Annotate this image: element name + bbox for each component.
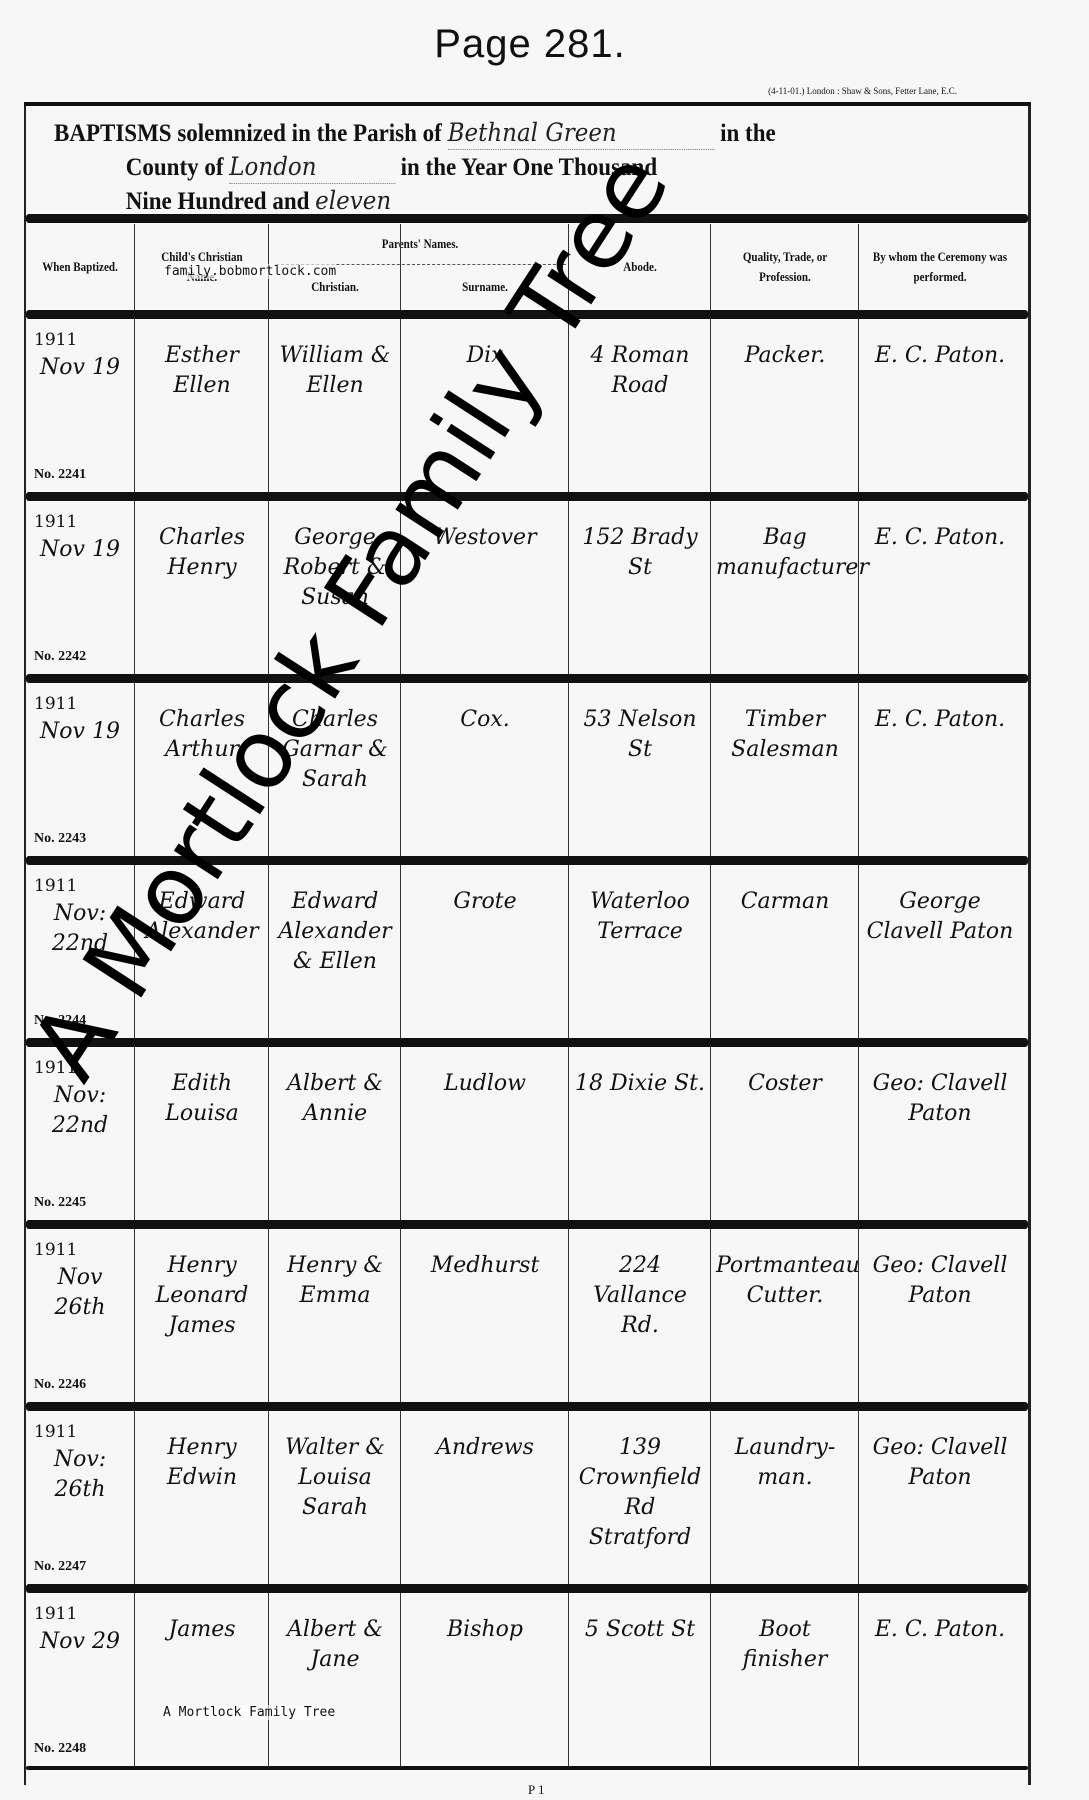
entry-surname: Ludlow: [406, 1069, 564, 1099]
entry-child: James: [140, 1615, 264, 1645]
col-surname: Surname.: [414, 264, 555, 310]
entry-number: No. 2244: [34, 1013, 86, 1029]
entry-abode: 4 Roman Road: [574, 341, 706, 401]
entry-child: Edith Louisa: [140, 1069, 264, 1129]
printer-note: (4-11-01.) London : Shaw & Sons, Fetter …: [768, 86, 957, 96]
entry-quality: Packer.: [716, 341, 854, 371]
entry-surname: Dix: [406, 341, 564, 371]
register-entry: 1911Nov 19Charles ArthurCharles Garnar &…: [26, 683, 1028, 856]
col-when: When Baptized.: [34, 224, 126, 310]
row-divider: [26, 1584, 1028, 1593]
row-divider: [26, 856, 1028, 865]
entry-date: Nov: 22nd: [30, 899, 130, 959]
row-divider: [26, 1220, 1028, 1229]
register-entry: 1911Nov: 26thHenry EdwinWalter & Louisa …: [26, 1411, 1028, 1584]
entry-quality: Coster: [716, 1069, 854, 1099]
entry-number: No. 2248: [34, 1741, 86, 1757]
entry-date: Nov: 22nd: [30, 1081, 130, 1141]
entry-by: E. C. Paton.: [864, 523, 1016, 553]
baptism-register: BAPTISMS solemnized in the Parish of Bet…: [24, 102, 1031, 1785]
entry-parents: Albert & Annie: [274, 1069, 396, 1129]
caption-watermark: A Mortlock Family Tree: [163, 1705, 335, 1720]
entry-surname: Cox.: [406, 705, 564, 735]
entry-abode: Waterloo Terrace: [574, 887, 706, 947]
entry-surname: Westover: [406, 523, 564, 553]
register-entry: 1911Nov: 22ndEdith LouisaAlbert & AnnieL…: [26, 1047, 1028, 1220]
entry-by: Geo: Clavell Paton: [864, 1251, 1016, 1311]
entry-number: No. 2245: [34, 1195, 86, 1211]
page-title: Page 281.: [0, 22, 1060, 67]
entry-date: Nov 29: [30, 1627, 130, 1657]
row-divider: [26, 310, 1028, 319]
column-rule: [400, 224, 401, 1766]
entry-date: Nov 19: [30, 717, 130, 747]
entry-year: 1911: [34, 1235, 77, 1265]
entry-number: No. 2247: [34, 1559, 86, 1575]
entry-abode: 139 Crownfield Rd Stratford: [574, 1433, 706, 1553]
entry-quality: Bag manufacturer: [716, 523, 854, 583]
page-footer: P 1: [528, 1782, 545, 1798]
entry-year: 1911: [34, 507, 77, 537]
column-rule: [568, 224, 569, 1766]
entry-child: Edward Alexander: [140, 887, 264, 947]
entry-year: 1911: [34, 1599, 77, 1629]
entry-quality: Portmanteau Cutter.: [716, 1251, 854, 1311]
entry-parents: George Robert & Susan: [274, 523, 396, 613]
entry-child: Henry Leonard James: [140, 1251, 264, 1341]
entry-by: Geo: Clavell Paton: [864, 1069, 1016, 1129]
col-by-whom: By whom the Ceremony was performed.: [872, 224, 1008, 310]
entry-by: E. C. Paton.: [864, 341, 1016, 371]
entry-number: No. 2242: [34, 649, 86, 665]
entry-number: No. 2246: [34, 1377, 86, 1393]
register-heading: BAPTISMS solemnized in the Parish of Bet…: [54, 116, 946, 218]
entry-year: 1911: [34, 689, 77, 719]
register-entry: 1911Nov 19Charles HenryGeorge Robert & S…: [26, 501, 1028, 674]
entry-surname: Bishop: [406, 1615, 564, 1645]
column-rule: [858, 224, 859, 1766]
entry-year: 1911: [34, 1417, 77, 1447]
entry-abode: 53 Nelson St: [574, 705, 706, 765]
entry-number: No. 2241: [34, 467, 86, 483]
entry-parents: Charles Garnar & Sarah: [274, 705, 396, 795]
column-rule: [134, 224, 135, 1766]
register-entry: 1911Nov: 22ndEdward AlexanderEdward Alex…: [26, 865, 1028, 1038]
site-watermark: family.bobmortlock.com: [164, 264, 336, 279]
entry-abode: 152 Brady St: [574, 523, 706, 583]
year-label: in the Year One Thousand: [401, 154, 657, 181]
entry-surname: Andrews: [406, 1433, 564, 1463]
heading-prefix: BAPTISMS solemnized in the Parish of: [54, 120, 442, 147]
entry-by: E. C. Paton.: [864, 1615, 1016, 1645]
entry-year: 1911: [34, 871, 77, 901]
entry-date: Nov 19: [30, 535, 130, 565]
col-parents: Parents' Names.: [293, 224, 548, 264]
entry-abode: 18 Dixie St.: [574, 1069, 706, 1099]
register-entry: 1911Nov 29JamesAlbert & JaneBishop5 Scot…: [26, 1593, 1028, 1766]
entry-parents: Henry & Emma: [274, 1251, 396, 1311]
county-value: London: [229, 150, 395, 184]
entry-quality: Timber Salesman: [716, 705, 854, 765]
heading-suffix: in the: [720, 120, 776, 147]
entry-number: No. 2243: [34, 831, 86, 847]
entry-by: Geo: Clavell Paton: [864, 1433, 1016, 1493]
entry-quality: Laundry-man.: [716, 1433, 854, 1493]
entry-child: Charles Arthur: [140, 705, 264, 765]
year-prefix: Nine Hundred and: [126, 188, 310, 215]
entry-child: Esther Ellen: [140, 341, 264, 401]
county-label: County of: [126, 154, 224, 181]
entry-parents: Edward Alexander & Ellen: [274, 887, 396, 977]
row-divider: [26, 674, 1028, 683]
entry-child: Charles Henry: [140, 523, 264, 583]
row-divider: [26, 492, 1028, 501]
year-value: eleven: [315, 184, 573, 218]
entry-date: Nov 26th: [30, 1263, 130, 1323]
parish-value: Bethnal Green: [448, 116, 715, 150]
col-abode: Abode.: [581, 224, 700, 310]
row-divider: [26, 1038, 1028, 1047]
entry-by: George Clavell Paton: [864, 887, 1016, 947]
entry-year: 1911: [34, 1053, 77, 1083]
entry-parents: William & Ellen: [274, 341, 396, 401]
entry-quality: Boot finisher: [716, 1615, 854, 1675]
entry-abode: 5 Scott St: [574, 1615, 706, 1645]
column-rule: [268, 224, 269, 1766]
entry-surname: Grote: [406, 887, 564, 917]
row-divider: [26, 1402, 1028, 1411]
entry-surname: Medhurst: [406, 1251, 564, 1281]
entry-date: Nov 19: [30, 353, 130, 383]
entry-year: 1911: [34, 325, 77, 355]
entry-parents: Walter & Louisa Sarah: [274, 1433, 396, 1523]
entry-by: E. C. Paton.: [864, 705, 1016, 735]
entry-quality: Carman: [716, 887, 854, 917]
register-entry: 1911Nov 26thHenry Leonard JamesHenry & E…: [26, 1229, 1028, 1402]
entry-abode: 224 Vallance Rd.: [574, 1251, 706, 1341]
column-rule: [710, 224, 711, 1766]
entry-date: Nov: 26th: [30, 1445, 130, 1505]
col-quality: Quality, Trade, or Profession.: [723, 224, 847, 310]
entry-child: Henry Edwin: [140, 1433, 264, 1493]
divider: [26, 214, 1028, 223]
register-entry: 1911Nov 19Esther EllenWilliam & EllenDix…: [26, 319, 1028, 492]
register-bottom: [26, 1766, 1028, 1770]
entry-parents: Albert & Jane: [274, 1615, 396, 1675]
